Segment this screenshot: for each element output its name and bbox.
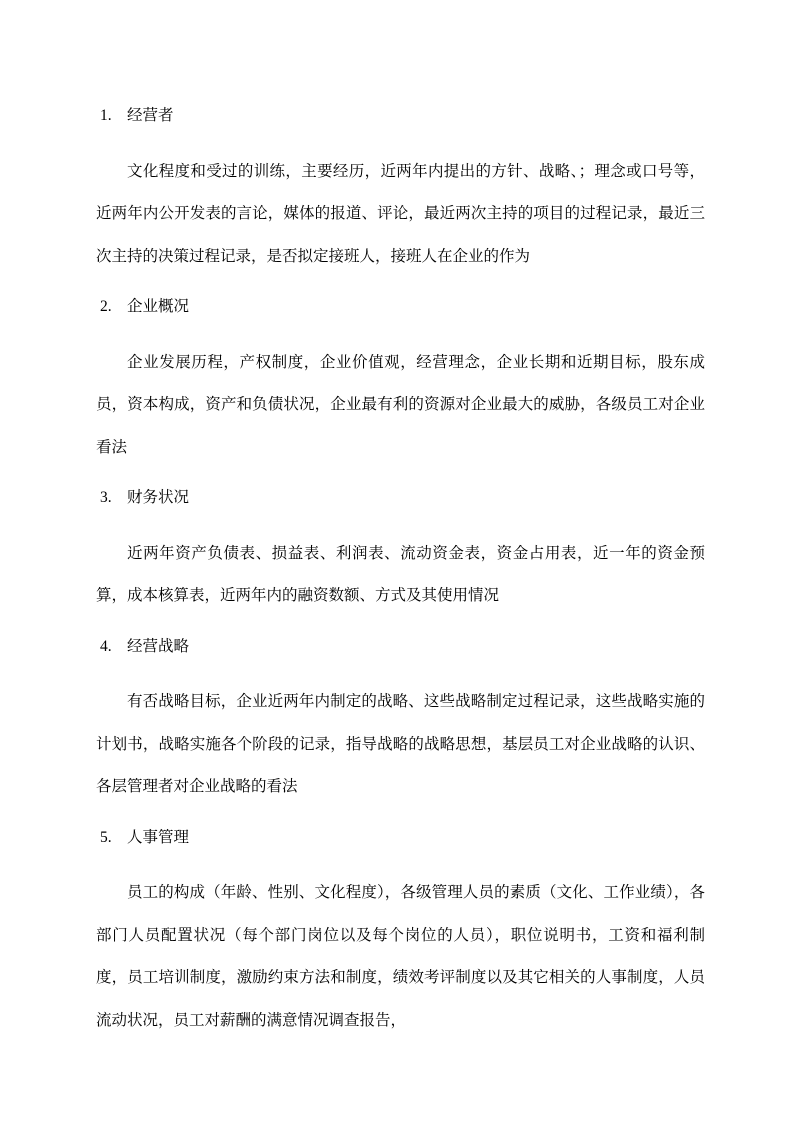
section-operator: 1.经营者 文化程度和受过的训练，主要经历，近两年内提出的方针、战略、；理念或口…	[96, 95, 705, 278]
document-page: 1.经营者 文化程度和受过的训练，主要经历，近两年内提出的方针、战略、；理念或口…	[0, 0, 793, 1122]
section-title: 财务状况	[127, 489, 189, 506]
section-title: 经营者	[127, 107, 174, 124]
section-paragraph: 文化程度和受过的训练，主要经历，近两年内提出的方针、战略、；理念或口号等，近两年…	[96, 151, 705, 279]
section-paragraph: 员工的构成（年龄、性别、文化程度），各级管理人员的素质（文化、工作业绩），各部门…	[96, 872, 705, 1042]
section-heading: 1.经营者	[96, 95, 705, 138]
section-number: 1.	[100, 95, 127, 138]
section-paragraph: 有否战略目标，企业近两年内制定的战略、这些战略制定过程记录，这些战略实施的计划书…	[96, 681, 705, 809]
section-heading: 3.财务状况	[96, 477, 705, 520]
section-title: 企业概况	[127, 298, 189, 315]
section-business-strategy: 4.经营战略 有否战略目标，企业近两年内制定的战略、这些战略制定过程记录，这些战…	[96, 626, 705, 809]
section-paragraph: 企业发展历程，产权制度，企业价值观，经营理念，企业长期和近期目标，股东成员，资本…	[96, 342, 705, 470]
section-title: 经营战略	[127, 638, 189, 655]
section-number: 2.	[100, 286, 127, 329]
section-company-overview: 2.企业概况 企业发展历程，产权制度，企业价值观，经营理念，企业长期和近期目标，…	[96, 286, 705, 469]
section-title: 人事管理	[127, 829, 189, 846]
section-hr-management: 5.人事管理 员工的构成（年龄、性别、文化程度），各级管理人员的素质（文化、工作…	[96, 817, 705, 1043]
section-heading: 2.企业概况	[96, 286, 705, 329]
section-heading: 5.人事管理	[96, 817, 705, 860]
section-financial-status: 3.财务状况 近两年资产负债表、损益表、利润表、流动资金表，资金占用表，近一年的…	[96, 477, 705, 618]
section-number: 3.	[100, 477, 127, 520]
section-number: 4.	[100, 626, 127, 669]
section-paragraph: 近两年资产负债表、损益表、利润表、流动资金表，资金占用表，近一年的资金预算，成本…	[96, 533, 705, 618]
section-number: 5.	[100, 817, 127, 860]
section-heading: 4.经营战略	[96, 626, 705, 669]
